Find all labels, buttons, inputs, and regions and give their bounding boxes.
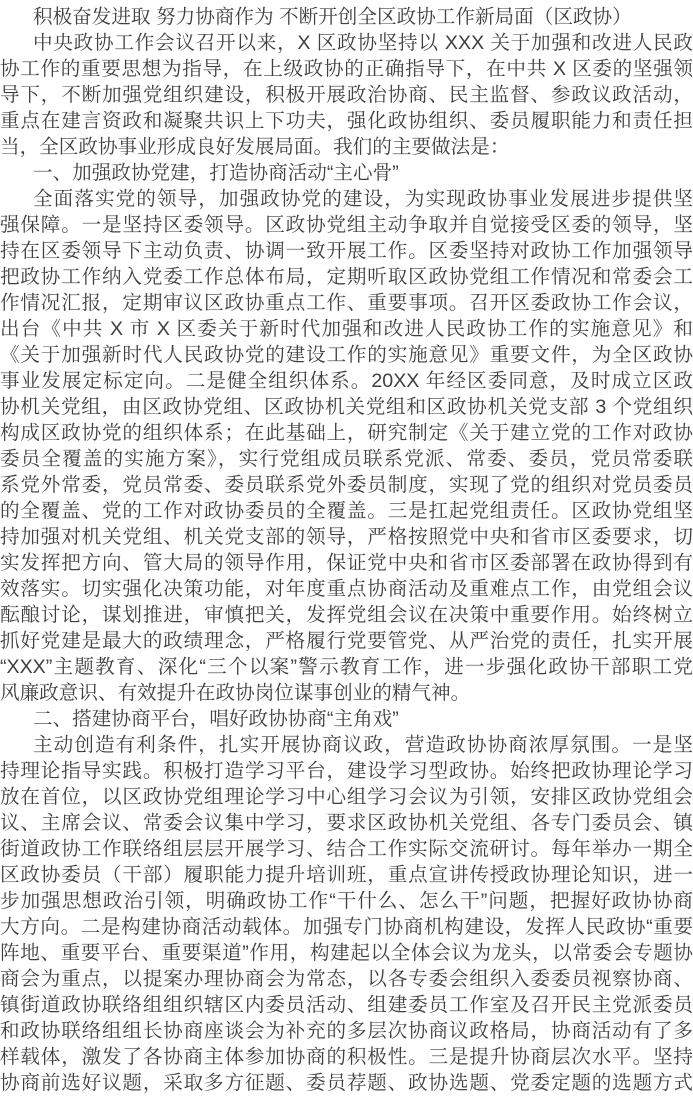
body-text-line: 《关于加强新时代人民政协党的建设工作的实施意见》重要文件，为全区政协: [0, 342, 693, 368]
body-text-line: 中央政协工作会议召开以来，X 区政协坚持以 XXX 关于加强和改进人民政: [0, 30, 693, 56]
body-text-line: 的全覆盖、党的工作对政协委员的全覆盖。三是扛起党组责任。区政协党组坚: [0, 498, 693, 524]
body-text-line: 样载体，激发了各协商主体参加协商的积极性。三是提升协商层次水平。坚持: [0, 1044, 693, 1070]
body-text-line: 区政协委员（干部）履职能力提升培训班，重点宣讲传授政协理论知识，进一: [0, 862, 693, 888]
section-heading-line: 二、搭建协商平台，唱好政协协商“主角戏”: [0, 706, 693, 732]
body-text-line: 事业发展定标定向。二是健全组织体系。20XX 年经区委同意，及时成立区政: [0, 368, 693, 394]
body-text-line: 构成区政协党的组织体系；在此基础上，研究制定《关于建立党的工作对政协: [0, 420, 693, 446]
body-text-line: 导下，不断加强党组织建设，积极开展政治协商、民主监督、参政议政活动，: [0, 82, 693, 108]
body-text-line: 主动创造有利条件，扎实开展协商议政，营造政协协商浓厚氛围。一是坚: [0, 732, 693, 758]
body-text-line: 持理论指导实践。积极打造学习平台，建设学习型政协。始终把政协理论学习: [0, 758, 693, 784]
body-text-line: 大方向。二是构建协商活动载体。加强专门协商机构建设，发挥人民政协“重要: [0, 914, 693, 940]
body-text-line: 协工作的重要思想为指导，在上级政协的正确指导下，在中共 X 区委的坚强领: [0, 56, 693, 82]
body-text-line: 强保障。一是坚持区委领导。区政协党组主动争取并自觉接受区委的领导，坚: [0, 212, 693, 238]
body-text-line: 把政协工作纳入党委工作总体布局，定期听取区政协党组工作情况和常委会工: [0, 264, 693, 290]
body-text-line: 持加强对机关党组、机关党支部的领导，严格按照党中央和省市区委要求，切: [0, 524, 693, 550]
body-text-line: 街道政协工作联络组层层开展学习、结合工作实际交流研讨。每年举办一期全: [0, 836, 693, 862]
body-text-line: 出台《中共 X 市 X 区委关于新时代加强和改进人民政协工作的实施意见》和: [0, 316, 693, 342]
body-text-line: 镇街道政协联络组组织辖区内委员活动、组建委员工作室及召开民主党派委员: [0, 992, 693, 1018]
body-text-line: 和政协联络组组长协商座谈会为补充的多层次协商议政格局，协商活动有了多: [0, 1018, 693, 1044]
body-text-line: 效落实。切实强化决策功能，对年度重点协商活动及重难点工作，由党组会议: [0, 576, 693, 602]
body-text-line: 重点在建言资政和凝聚共识上下功夫，强化政协组织、委员履职能力和责任担: [0, 108, 693, 134]
body-text-line: 商会为重点，以提案办理协商会为常态，以各专委会组织入委委员视察协商、: [0, 966, 693, 992]
body-text-line: 作情况汇报，定期审议区政协重点工作、重要事项。召开区委政协工作会议，: [0, 290, 693, 316]
body-text-line: 抓好党建是最大的政绩理念，严格履行党要管党、从严治党的责任，扎实开展: [0, 628, 693, 654]
body-text-line: 放在首位，以区政协党组理论学习中心组学习会议为引领，安排区政协党组会: [0, 784, 693, 810]
section-heading-line: 一、加强政协党建，打造协商活动“主心骨”: [0, 160, 693, 186]
body-text-line: 当，全区政协事业形成良好发展局面。我们的主要做法是：: [0, 134, 693, 160]
body-text-line: 实发挥把方向、管大局的领导作用，保证党中央和省市区委部署在政协得到有: [0, 550, 693, 576]
body-text-line: 步加强思想政治引领，明确政协工作“干什么、怎么干”问题，把握好政协协商: [0, 888, 693, 914]
body-text-line: 阵地、重要平台、重要渠道”作用，构建起以全体会议为龙头，以常委会专题协: [0, 940, 693, 966]
document-title-line: 积极奋发进取 努力协商作为 不断开创全区政协工作新局面（区政协）: [0, 4, 693, 30]
body-text-line: 委员全覆盖的实施方案》，实行党组成员联系党派、常委、委员，党员常委联: [0, 446, 693, 472]
body-text-line: 风廉政意识、有效提升在政协岗位谋事创业的精气神。: [0, 680, 693, 706]
body-text-line: 协机关党组，由区政协党组、区政协机关党组和区政协机关党支部 3 个党组织: [0, 394, 693, 420]
body-text-line: 持在区委领导下主动负责、协调一致开展工作。区委坚持对政协工作加强领导: [0, 238, 693, 264]
body-text-line: 全面落实党的领导，加强政协党的建设，为实现政协事业发展进步提供坚: [0, 186, 693, 212]
body-text-line: 系党外常委，党员常委、委员联系党外委员制度，实现了党的组织对党员委员: [0, 472, 693, 498]
body-text-line: 协商前选好议题，采取多方征题、委员荐题、政协选题、党委定题的选题方式: [0, 1070, 693, 1096]
body-text-line: 议、主席会议、常委会议集中学习，要求区政协机关党组、各专门委员会、镇: [0, 810, 693, 836]
body-text-line: “XXX”主题教育、深化“三个以案”警示教育工作，进一步强化政协干部职工党: [0, 654, 693, 680]
body-text-line: 酝酿讨论，谋划推进，审慎把关，发挥党组会议在决策中重要作用。始终树立: [0, 602, 693, 628]
document-page: 积极奋发进取 努力协商作为 不断开创全区政协工作新局面（区政协）中央政协工作会议…: [0, 0, 693, 1096]
